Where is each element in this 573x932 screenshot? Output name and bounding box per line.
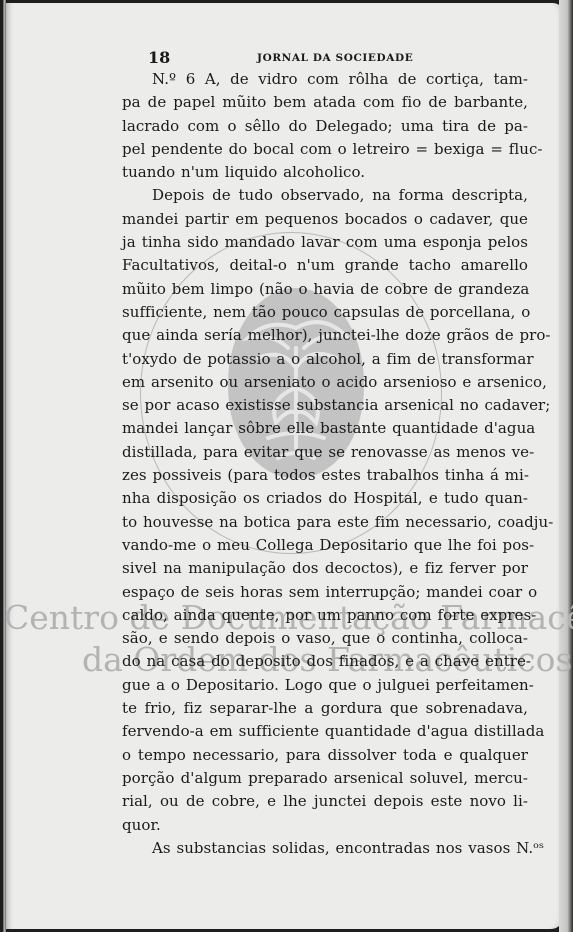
text-line: te frio, fiz separar-lhe a gordura que s…: [122, 697, 528, 720]
text-line: lacrado com o sêllo do Delegado; uma tir…: [122, 115, 528, 138]
text-line: sivel na manipulação dos decoctos), e fi…: [122, 557, 528, 580]
text-line: fervendo-a em sufficiente quantidade d'a…: [122, 720, 528, 743]
page-text: 18 JORNAL DA SOCIEDADE N.º 6 A, de vidro…: [122, 46, 528, 860]
text-line: pel pendente do bocal com o letreiro = b…: [122, 138, 528, 161]
text-line: distillada, para evitar que se renovasse…: [122, 441, 528, 464]
text-line: N.º 6 A, de vidro com rôlha de cortiça, …: [122, 68, 528, 91]
page-header: 18 JORNAL DA SOCIEDADE: [122, 46, 528, 68]
text-line: espaço de seis horas sem interrupção; ma…: [122, 581, 528, 604]
text-line: o tempo necessario, para dissolver toda …: [122, 744, 528, 767]
text-line: rial, ou de cobre, e lhe junctei depois …: [122, 790, 528, 813]
text-line: As substancias solidas, encontradas nos …: [122, 837, 528, 860]
text-line: vando-me o meu Collega Depositario que l…: [122, 534, 528, 557]
text-line: em arsenito ou arseniato o acido arsenio…: [122, 371, 528, 394]
text-line: pa de papel mũito bem atada com fio de b…: [122, 91, 528, 114]
running-head: JORNAL DA SOCIEDADE: [257, 52, 413, 64]
text-line: se por acaso existisse substancia arseni…: [122, 394, 528, 417]
text-line: to houvesse na botica para este fim nece…: [122, 511, 528, 534]
text-line: porção d'algum preparado arsenical soluv…: [122, 767, 528, 790]
text-line: sufficiente, nem tão pouco capsulas de p…: [122, 301, 528, 324]
text-line: caldo, ainda quente, por um panno com fo…: [122, 604, 528, 627]
page-number: 18: [148, 48, 170, 67]
text-line: quor.: [122, 814, 528, 837]
text-line: tuando n'um liquido alcoholico.: [122, 161, 528, 184]
text-line: nha disposição os criados do Hospital, e…: [122, 487, 528, 510]
page-right-edge: [559, 0, 573, 932]
text-line: mandei lançar sôbre elle bastante quanti…: [122, 417, 528, 440]
text-line: zes possiveis (para todos estes trabalho…: [122, 464, 528, 487]
text-line: que ainda sería melhor), junctei-lhe doz…: [122, 324, 528, 347]
text-line: Depois de tudo observado, na forma descr…: [122, 184, 528, 207]
text-line: ja tinha sido mandado lavar com uma espo…: [122, 231, 528, 254]
text-line: do na casa do deposito dos finados, e a …: [122, 650, 528, 673]
text-line: são, e sendo depois o vaso, que o contin…: [122, 627, 528, 650]
text-line: mũito bem limpo (não o havia de cobre de…: [122, 278, 528, 301]
text-line: mandei partir em pequenos bocados o cada…: [122, 208, 528, 231]
text-line: t'oxydo de potassio a o alcohol, a fim d…: [122, 348, 528, 371]
text-line: gue a o Depositario. Logo que o julguei …: [122, 674, 528, 697]
scanned-page-viewer: Centro de Documentação Farmacêutica da O…: [0, 0, 573, 932]
text-line: Facultativos, deital-o n'um grande tacho…: [122, 254, 528, 277]
